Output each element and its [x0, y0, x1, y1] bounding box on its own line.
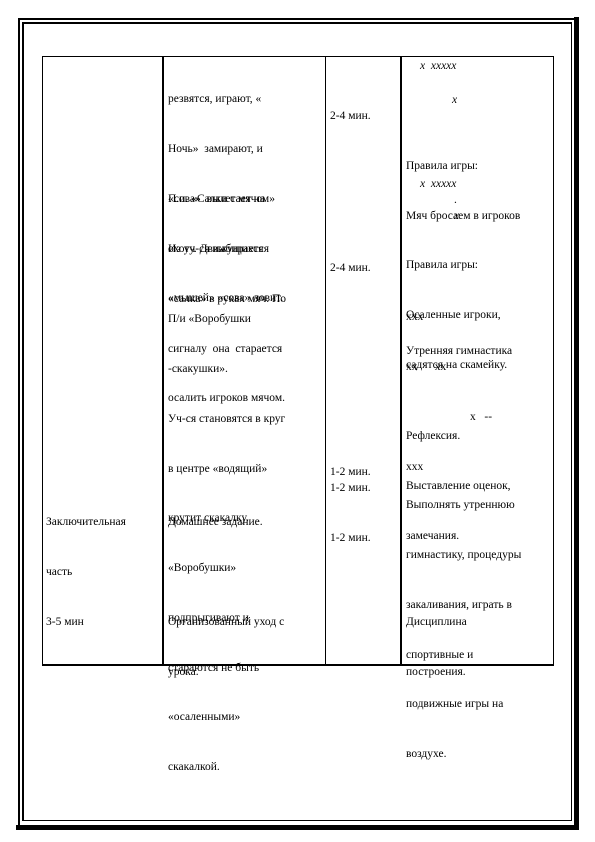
lesson-plan-table: Заключительная часть 3-5 мин резвятся, и…	[42, 56, 554, 666]
diagram-line: xxx	[406, 309, 492, 326]
text-line: Дисциплина	[406, 614, 467, 631]
formation-diagram-row: x xxxxx	[420, 176, 456, 193]
page-border-shadow-bottom	[16, 825, 579, 830]
diagram-line: xx xx	[406, 359, 492, 376]
duration: 2-4 мин.	[330, 260, 371, 277]
formation-diagram-row: x	[452, 92, 457, 109]
text-line: воздухе.	[406, 746, 521, 763]
text-line: Уч-ся становятся в круг	[168, 411, 285, 428]
text-line: Выполнять утреннюю	[406, 497, 521, 514]
text-line: Из уч-ся выбирается	[168, 241, 286, 258]
discipline: Дисциплина построения.	[406, 581, 467, 714]
table-col-divider	[162, 56, 164, 666]
table-col-divider	[42, 56, 43, 666]
duration: 2-4 мин.	[330, 108, 371, 125]
text-line: резвятся, играют, «	[168, 91, 283, 108]
text-line: в центре «водящий»	[168, 461, 285, 478]
text-line: Правила игры:	[406, 257, 507, 274]
section-title: Заключительная часть 3-5 мин	[46, 481, 126, 664]
section-title-line: Заключительная	[46, 514, 126, 531]
text-line: «Воробушки»	[168, 560, 285, 577]
text-line: П/и «Воробушки	[168, 311, 285, 328]
text-line: Мяч бросаем в игроков	[406, 208, 520, 225]
homework-label: Домашнее задание.	[168, 514, 263, 531]
text-line: П.и. «Салки с мячом»	[168, 191, 286, 208]
formation-diagram-row: x xxxxx	[420, 58, 456, 75]
page-border-shadow-right	[574, 17, 579, 829]
formation-diagram-row: x	[454, 208, 459, 225]
formation-diagram-dot: .	[454, 192, 457, 209]
text-line: Рефлексия.	[406, 428, 511, 445]
section-title-line: часть	[46, 564, 126, 581]
duration: 1-2 мин.	[330, 464, 371, 481]
table-col-divider	[400, 56, 402, 666]
text-line: -скакушки».	[168, 361, 285, 378]
duration: 1-2 мин.	[330, 480, 371, 497]
text-line: скакалкой.	[168, 759, 285, 776]
organized-exit: Организованный уход с урока.	[168, 581, 284, 714]
duration: 1-2 мин.	[330, 530, 371, 547]
text-line: построения.	[406, 664, 467, 681]
text-line: Правила игры:	[406, 158, 520, 175]
table-col-divider	[553, 56, 554, 666]
section-duration: 3-5 мин	[46, 614, 126, 631]
table-top-border	[42, 56, 554, 57]
game-sparrows-description: П/и «Воробушки -скакушки». Уч-ся становя…	[168, 278, 285, 809]
text-line: урока.	[168, 664, 284, 681]
table-col-divider	[325, 56, 326, 666]
text-line: Ночь» замирают, и	[168, 141, 283, 158]
text-line: гимнастику, процедуры	[406, 547, 521, 564]
morning-exercise-note: Утренняя гимнастика	[406, 343, 512, 360]
text-line: Организованный уход с	[168, 614, 284, 631]
